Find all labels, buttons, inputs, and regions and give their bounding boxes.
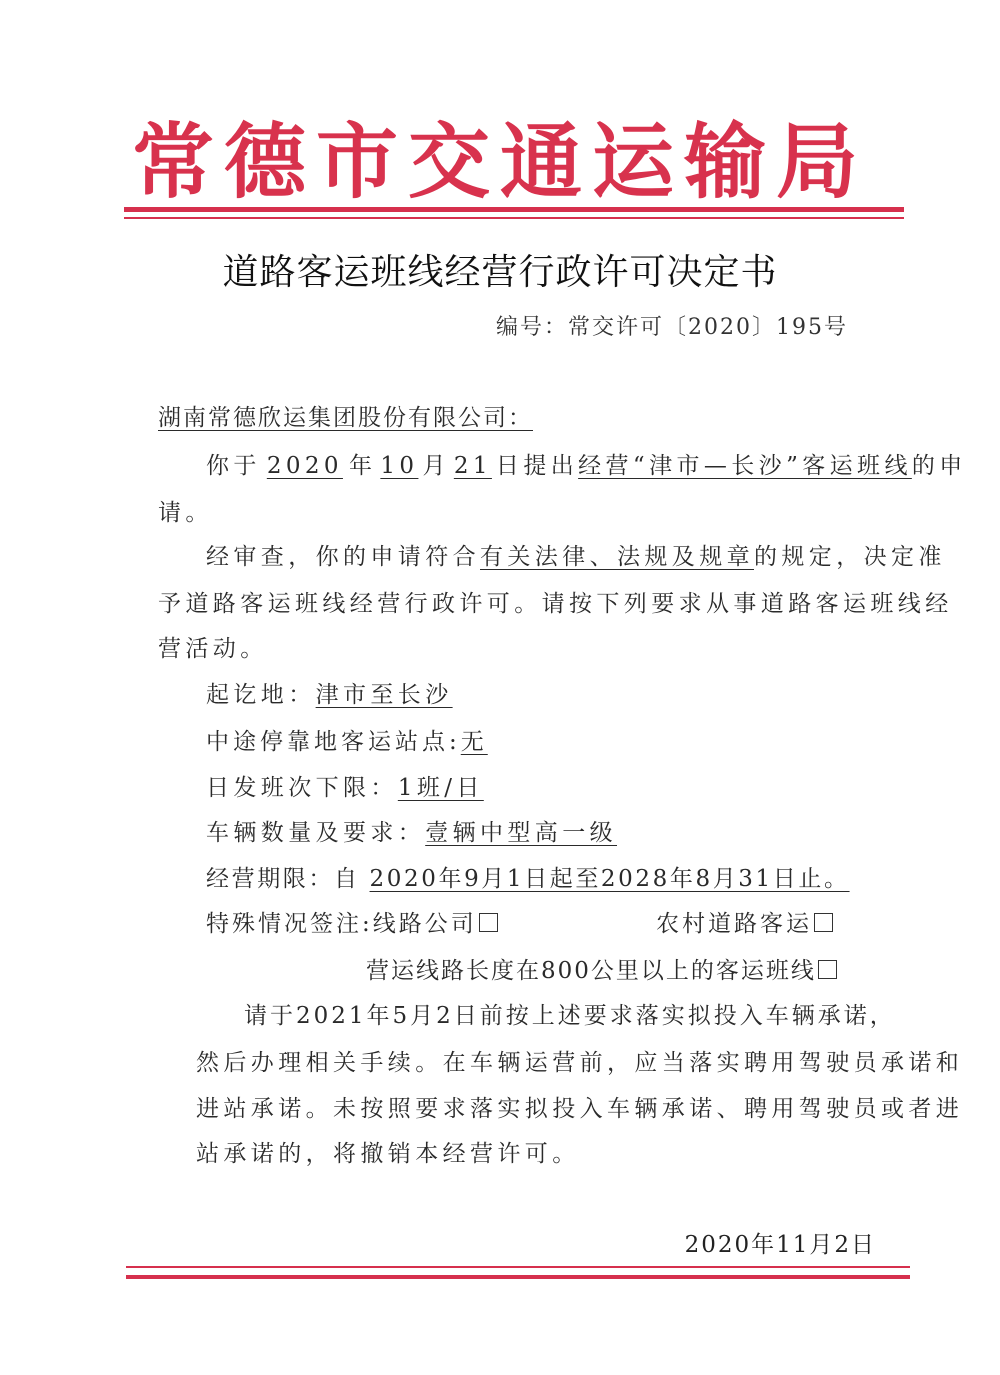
text: 的申: [912, 453, 967, 479]
addressee: 湖南常德欣运集团股份有限公司：: [158, 402, 533, 434]
paragraph-commitment: 请于2021年5月2日前按上述要求落实拟投入车辆承诺，: [244, 1000, 896, 1032]
field-value: 壹辆中型高一级: [425, 820, 617, 846]
document-number: 编号：常交许可〔2020〕195号: [496, 310, 848, 341]
issue-date: 2020年11月2日: [685, 1226, 876, 1259]
issuer-masthead: 常德市交通运输局: [0, 112, 1000, 212]
checkbox-rural[interactable]: [814, 913, 833, 932]
text: 年: [349, 453, 376, 479]
application-route: 经营“津市—长沙”客运班线: [578, 453, 912, 479]
field-daily-trips: 日发班次下限：1班/日: [206, 772, 484, 804]
field-label: 日发班次下限：: [206, 775, 398, 801]
field-value: 1班/日: [398, 775, 484, 801]
header-rule-thick: [124, 207, 904, 212]
field-origin: 起讫地：津市至长沙: [206, 679, 453, 711]
option-long-distance: 营运线路长度在800公里以上的客运班线: [366, 955, 837, 987]
application-month: 10: [376, 453, 422, 479]
text: 日提出: [496, 453, 578, 479]
paragraph-review-line3: 营活动。: [158, 633, 268, 665]
option-long-distance-label: 营运线路长度在800公里以上的客运班线: [366, 958, 816, 984]
document-number-value: 常交许可〔2020〕195号: [568, 315, 848, 340]
field-label: 特殊情况签注:: [206, 911, 373, 937]
option-rural: 农村道路客运: [656, 908, 833, 940]
option-route-company-label: 线路公司: [373, 911, 477, 937]
text: 的规定，决定准: [754, 544, 946, 570]
application-year: 2020: [261, 453, 349, 479]
field-vehicles: 车辆数量及要求：壹辆中型高一级: [206, 817, 617, 849]
laws-reference: 有关法律、法规及规章: [480, 544, 754, 570]
paragraph-application: 你于2020年10月21日提出经营“津市—长沙”客运班线的申: [206, 450, 967, 482]
paragraph-commitment-line3: 进站承诺。未按照要求落实拟投入车辆承诺、聘用驾驶员或者进: [196, 1093, 963, 1125]
checkbox-long-distance[interactable]: [818, 960, 837, 979]
checkbox-route-company[interactable]: [479, 913, 498, 932]
text: 经审查，你的申请符合: [206, 544, 480, 570]
field-value: 无: [461, 729, 488, 755]
paragraph-application-line2: 请。: [158, 497, 213, 529]
footer-rule-thick: [126, 1275, 910, 1279]
text: 月: [422, 453, 449, 479]
field-period: 经营期限：自 2020年9月1日起至2028年8月31日止。: [206, 863, 850, 895]
field-label: 经营期限：自: [206, 866, 360, 892]
option-rural-label: 农村道路客运: [656, 911, 812, 937]
field-label: 起讫地：: [206, 682, 316, 708]
application-day: 21: [450, 453, 496, 479]
paragraph-review: 经审查，你的申请符合有关法律、法规及规章的规定，决定准: [206, 541, 946, 573]
field-value: 津市至长沙: [316, 682, 453, 708]
field-special-notes: 特殊情况签注:线路公司: [206, 908, 498, 940]
field-stops: 中途停靠地客运站点:无: [206, 726, 488, 758]
paragraph-commitment-line2: 然后办理相关手续。在车辆运营前，应当落实聘用驾驶员承诺和: [196, 1047, 963, 1079]
paragraph-review-line2: 予道路客运班线经营行政许可。请按下列要求从事道路客运班线经: [158, 588, 953, 620]
paragraph-commitment-line4: 站承诺的，将撤销本经营许可。: [196, 1138, 580, 1170]
field-label: 中途停靠地客运站点:: [206, 729, 461, 755]
document-title: 道路客运班线经营行政许可决定书: [0, 248, 1000, 298]
field-value: 2020年9月1日起至2028年8月31日止。: [370, 866, 850, 892]
document-number-label: 编号：: [496, 315, 568, 340]
header-rule-thin: [124, 217, 904, 219]
footer-rule-thin: [126, 1266, 910, 1268]
field-label: 车辆数量及要求：: [206, 820, 425, 846]
text: 你于: [206, 453, 261, 479]
